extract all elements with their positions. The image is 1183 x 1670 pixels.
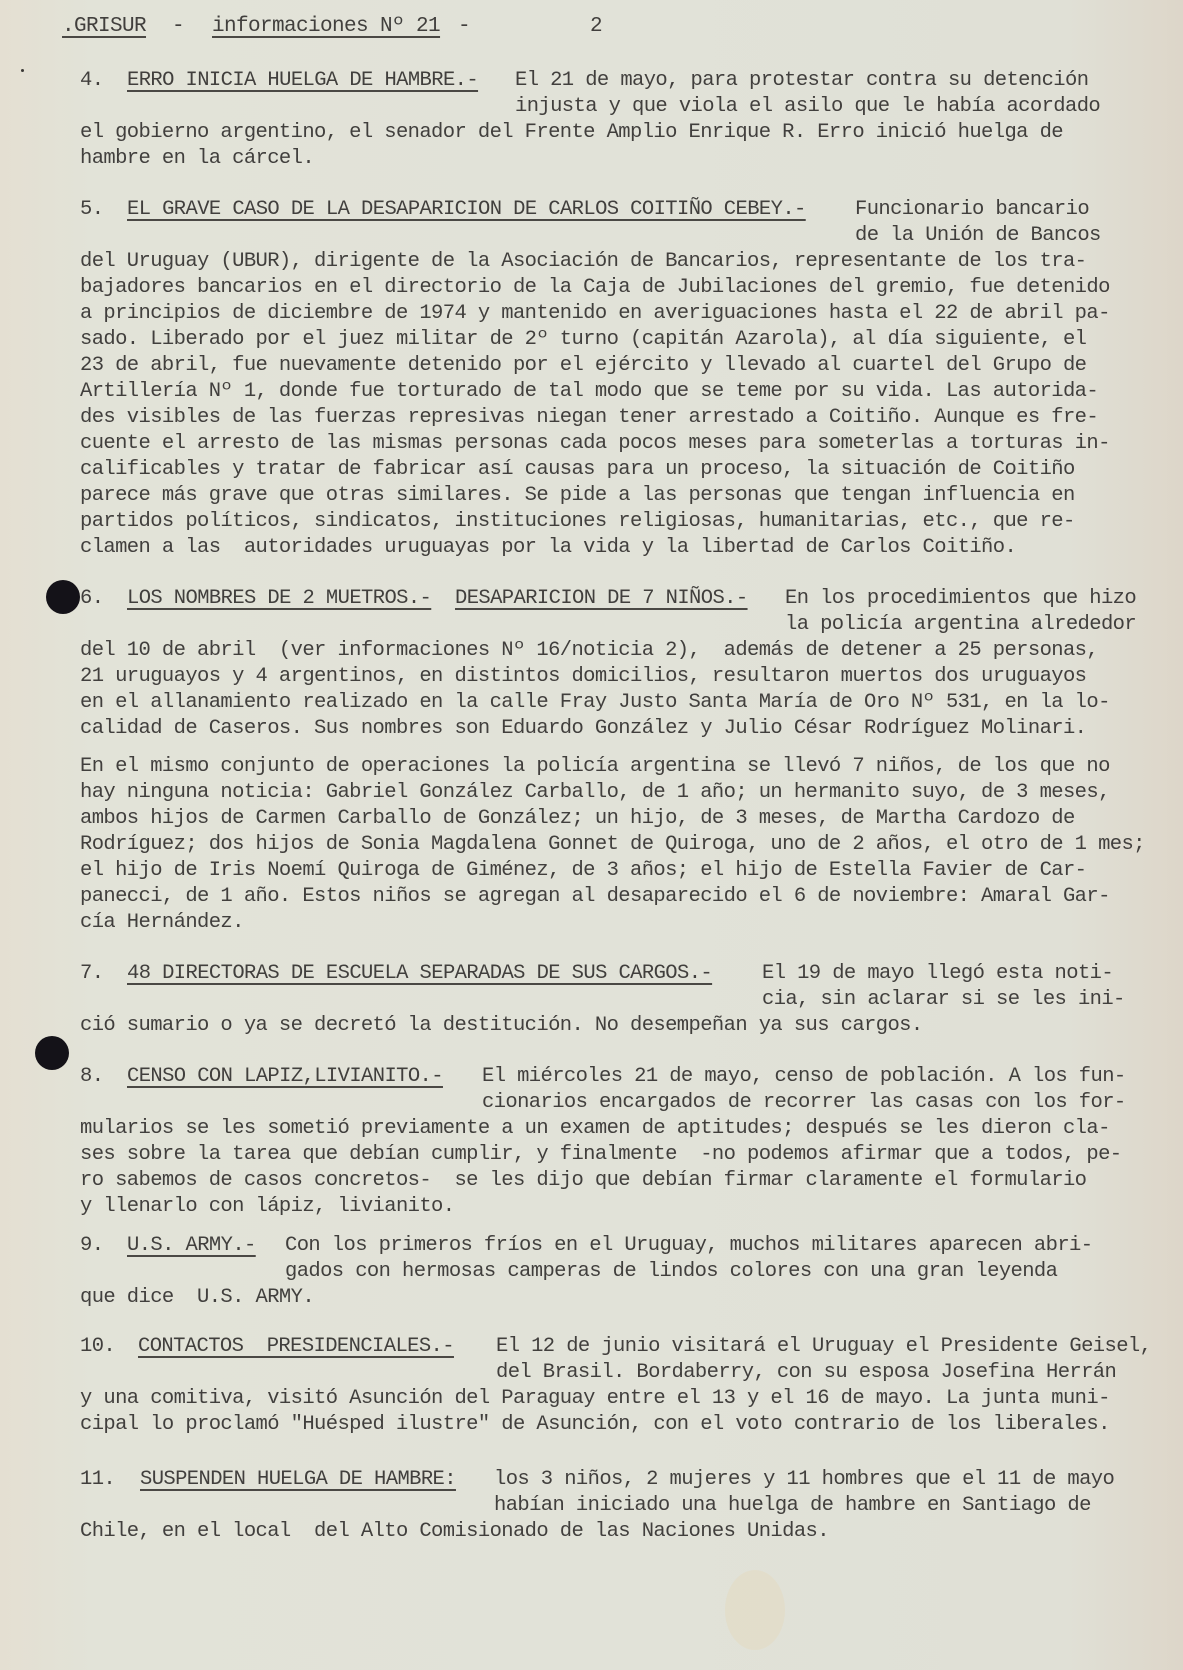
- item-text: que dice U.S. ARMY.: [80, 1285, 314, 1311]
- item-text: a principios de diciembre de 1974 y mant…: [80, 301, 1110, 327]
- item-text: sado. Liberado por el juez militar de 2º…: [80, 327, 1086, 353]
- ink-speck: [21, 69, 24, 72]
- item-text: cia, sin aclarar si se les ini-: [762, 987, 1125, 1013]
- item-title: CONTACTOS PRESIDENCIALES.-: [138, 1334, 454, 1360]
- item-text: en el allanamiento realizado en la calle…: [80, 690, 1110, 716]
- item-text: El 21 de mayo, para protestar contra su …: [515, 68, 1088, 94]
- page-number: 2: [590, 14, 602, 40]
- item-text: Con los primeros fríos en el Uruguay, mu…: [285, 1233, 1092, 1259]
- item-title: LOS NOMBRES DE 2 MUETROS.-: [127, 586, 431, 612]
- item-text: Funcionario bancario: [855, 197, 1089, 223]
- item-text: Chile, en el local del Alto Comisionado …: [80, 1519, 829, 1545]
- item-text: del Brasil. Bordaberry, con su esposa Jo…: [496, 1360, 1116, 1386]
- item-text: gados con hermosas camperas de lindos co…: [285, 1259, 1057, 1285]
- item-text: El 19 de mayo llegó esta noti-: [762, 961, 1113, 987]
- item-text: ambos hijos de Carmen Carballo de Gonzál…: [80, 806, 1075, 832]
- item-text: 21 uruguayos y 4 argentinos, en distinto…: [80, 664, 1086, 690]
- item-text: el gobierno argentino, el senador del Fr…: [80, 120, 1063, 146]
- item-text: des visibles de las fuerzas represivas n…: [80, 405, 1098, 431]
- item-text: 23 de abril, fue nuevamente detenido por…: [80, 353, 1086, 379]
- item-number: 5.: [80, 197, 103, 223]
- document-page: .GRISUR - informaciones Nº 21 - 2 4. ERR…: [0, 0, 1183, 1670]
- item-text: mularios se les sometió previamente a un…: [80, 1116, 1110, 1142]
- item-text: del 10 de abril (ver informaciones Nº 16…: [80, 638, 1098, 664]
- item-text: bajadores bancarios en el directorio de …: [80, 275, 1110, 301]
- item-text: parece más grave que otras similares. Se…: [80, 483, 1075, 509]
- paper-stain: [725, 1570, 785, 1650]
- header-dash: -: [172, 14, 184, 40]
- item-text: el hijo de Iris Noemí Quiroga de Giménez…: [80, 858, 1086, 884]
- item-text: En los procedimientos que hizo: [785, 586, 1136, 612]
- punch-hole: [46, 580, 80, 614]
- item-title: 48 DIRECTORAS DE ESCUELA SEPARADAS DE SU…: [127, 961, 712, 987]
- item-number: 7.: [80, 961, 103, 987]
- item-text: la policía argentina alrededor: [785, 612, 1136, 638]
- item-number: 8.: [80, 1064, 103, 1090]
- item-text: calidad de Caseros. Sus nombres son Edua…: [80, 716, 1086, 742]
- item-number: 9.: [80, 1233, 103, 1259]
- item-text: ció sumario o ya se decretó la destituci…: [80, 1013, 923, 1039]
- item-title-secondary: DESAPARICION DE 7 NIÑOS.-: [455, 586, 748, 612]
- item-title: ERRO INICIA HUELGA DE HAMBRE.-: [127, 68, 478, 94]
- item-text: panecci, de 1 año. Estos niños se agrega…: [80, 884, 1110, 910]
- item-text: cuente el arresto de las mismas personas…: [80, 431, 1110, 457]
- item-text: cía Hernández.: [80, 910, 244, 936]
- item-number: 10.: [80, 1334, 115, 1360]
- item-number: 6.: [80, 586, 103, 612]
- item-text: habían iniciado una huelga de hambre en …: [494, 1493, 1091, 1519]
- item-text: los 3 niños, 2 mujeres y 11 hombres que …: [494, 1467, 1114, 1493]
- item-title: U.S. ARMY.-: [127, 1233, 256, 1259]
- item-text: ro sabemos de casos concretos- se les di…: [80, 1168, 1086, 1194]
- header-org: .GRISUR: [62, 14, 146, 40]
- item-text: El miércoles 21 de mayo, censo de poblac…: [482, 1064, 1126, 1090]
- item-text: Rodríguez; dos hijos de Sonia Magdalena …: [80, 832, 1145, 858]
- header-issue: informaciones Nº 21: [212, 14, 440, 40]
- item-text: y una comitiva, visitó Asunción del Para…: [80, 1386, 1110, 1412]
- item-number: 11.: [80, 1467, 115, 1493]
- punch-hole: [35, 1036, 69, 1070]
- item-title: CENSO CON LAPIZ,LIVIANITO.-: [127, 1064, 443, 1090]
- item-text: hambre en la cárcel.: [80, 146, 314, 172]
- item-text: injusta y que viola el asilo que le habí…: [515, 94, 1100, 120]
- item-text: del Uruguay (UBUR), dirigente de la Asoc…: [80, 249, 1086, 275]
- item-text: cionarios encargados de recorrer las cas…: [482, 1090, 1126, 1116]
- item-text: de la Unión de Bancos: [855, 223, 1101, 249]
- item-text: El 12 de junio visitará el Uruguay el Pr…: [496, 1334, 1151, 1360]
- item-text: Artillería Nº 1, donde fue torturado de …: [80, 379, 1098, 405]
- item-text: clamen a las autoridades uruguayas por l…: [80, 535, 1016, 561]
- item-title: SUSPENDEN HUELGA DE HAMBRE:: [140, 1467, 456, 1493]
- item-text: y llenarlo con lápiz, livianito.: [80, 1194, 454, 1220]
- item-title: EL GRAVE CASO DE LA DESAPARICION DE CARL…: [127, 197, 806, 223]
- item-number: 4.: [80, 68, 103, 94]
- item-text: cipal lo proclamó "Huésped ilustre" de A…: [80, 1412, 1110, 1438]
- item-text: hay ninguna noticia: Gabriel González Ca…: [80, 780, 1110, 806]
- item-text: En el mismo conjunto de operaciones la p…: [80, 754, 1110, 780]
- item-text: ses sobre la tarea que debían cumplir, y…: [80, 1142, 1121, 1168]
- item-text: calificables y tratar de fabricar así ca…: [80, 457, 1075, 483]
- header-dash: -: [458, 14, 470, 40]
- item-text: partidos políticos, sindicatos, instituc…: [80, 509, 1075, 535]
